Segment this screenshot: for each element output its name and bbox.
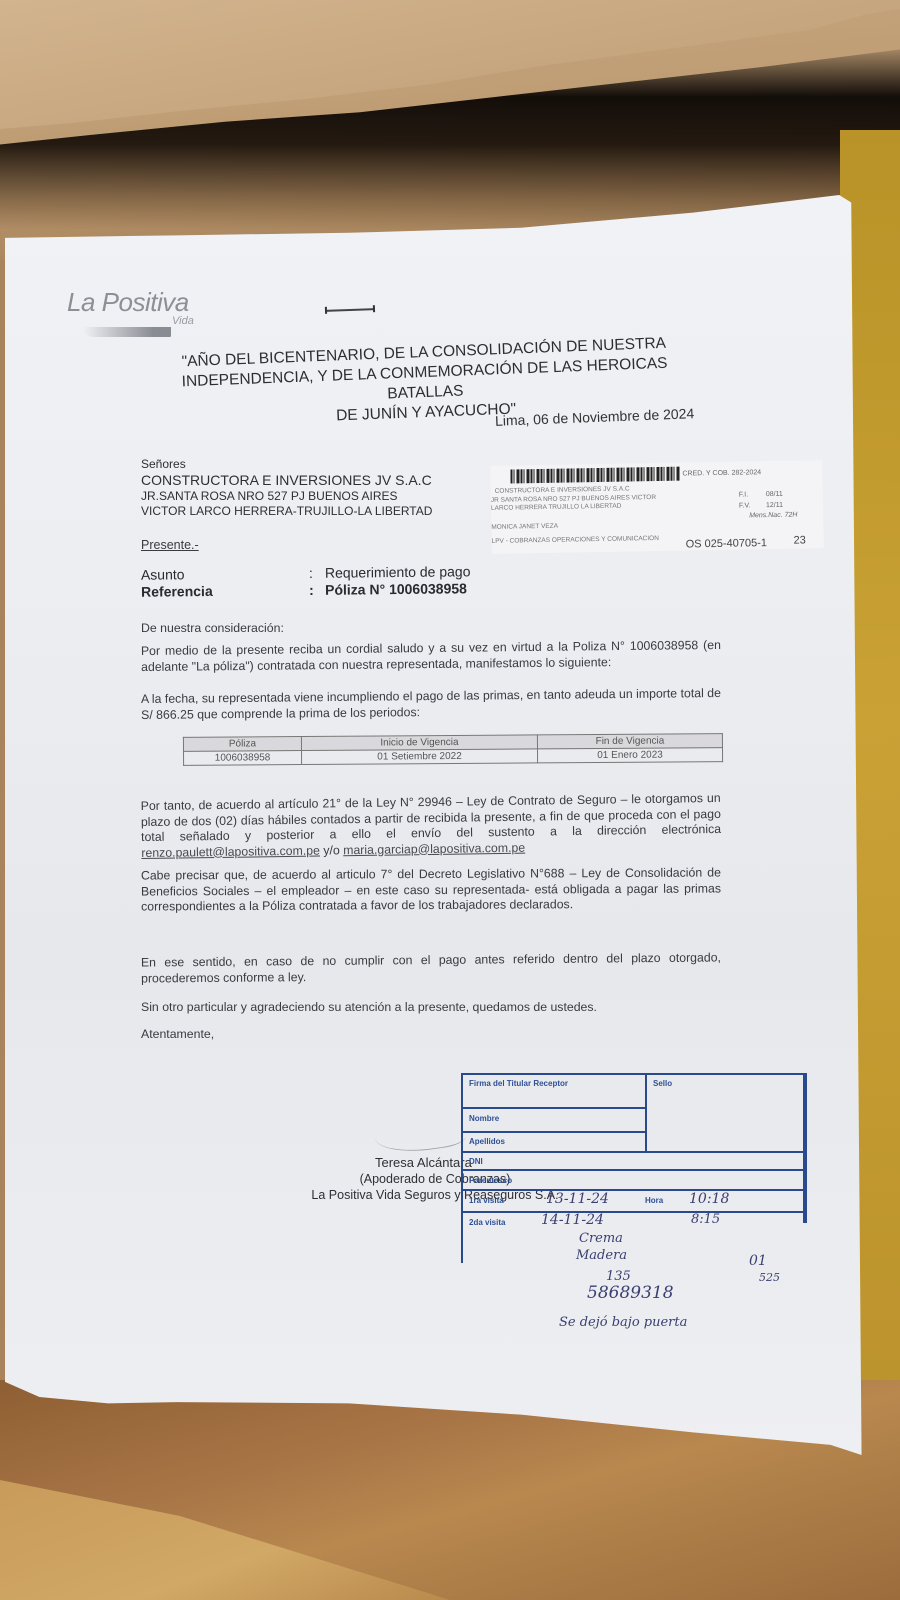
recipient-address-line: JR.SANTA ROSA NRO 527 PJ BUENOS AIRES — [141, 489, 432, 504]
stamp-border — [645, 1073, 647, 1151]
sticker-company: CONSTRUCTORA E INVERSIONES JV S.A.C — [495, 485, 630, 494]
paragraph-intro: Por medio de la presente reciba un cordi… — [141, 638, 721, 675]
handwritten-note: Se dejó bajo puerta — [559, 1315, 687, 1330]
table-header: Fin de Vigencia — [537, 734, 722, 749]
paragraph-consequence: En ese sentido, en caso de no cumplir co… — [141, 950, 721, 986]
handwritten-visit2-date: 14-11-24 — [541, 1212, 604, 1228]
sticker-mens: Mens.Nac. 72H — [749, 512, 797, 520]
table-header: Póliza — [183, 737, 301, 752]
logo-swoosh-icon — [83, 327, 171, 337]
stamp-label-parentesco: Parentesco — [469, 1176, 512, 1185]
paragraph-thanks: Sin otro particular y agradeciendo su at… — [141, 1000, 721, 1016]
policy-period-table: Póliza Inicio de Vigencia Fin de Vigenci… — [183, 733, 723, 766]
stamp-label-hora: Hora — [645, 1196, 663, 1205]
handwritten-number1: 135 — [606, 1269, 631, 1284]
stamp-label-firma: Firma del Titular Receptor — [469, 1079, 568, 1088]
sticker-address: LARCO HERRERA TRUJILLO LA LIBERTAD — [491, 503, 622, 512]
letter-sheet: La Positiva Vida "AÑO DEL BICENTENARIO, … — [5, 195, 865, 1455]
stamp-border — [461, 1107, 645, 1109]
sticker-cred: CRED. Y COB. 282-2024 — [682, 469, 761, 477]
handwritten-number2: 525 — [759, 1271, 780, 1284]
handwritten-visit1-time: 10:18 — [689, 1191, 729, 1207]
sticker-tracking-code: OS 025-40705-1 — [686, 537, 768, 550]
staple-mark-icon — [325, 308, 375, 312]
stamp-border — [461, 1211, 806, 1213]
table-cell-start: 01 Setiembre 2022 — [302, 749, 538, 765]
closing: Atentamente, — [141, 1027, 721, 1043]
sticker-address: JR SANTA ROSA NRO 527 PJ BUENOS AIRES VI… — [491, 494, 656, 504]
logo-brand: La Positiva — [67, 287, 217, 318]
stamp-border — [461, 1169, 806, 1171]
stamp-label-apellidos: Apellidos — [469, 1137, 505, 1146]
handwritten-material: Madera — [576, 1248, 627, 1263]
deadline-text: Por tanto, de acuerdo al artículo 21° de… — [141, 791, 722, 844]
presente-label: Presente.- — [141, 538, 199, 552]
salutation: Señores — [141, 457, 432, 472]
handwritten-color: Crema — [579, 1231, 623, 1246]
stamp-border — [803, 1073, 807, 1223]
referencia-value: Póliza N° 1006038958 — [325, 580, 467, 598]
paragraph-deadline: Por tanto, de acuerdo al artículo 21° de… — [141, 791, 722, 861]
signature-icon — [373, 1115, 466, 1157]
asunto-value: Requerimiento de pago — [325, 563, 471, 582]
stamp-label-visit1: 1ra visita — [469, 1196, 504, 1205]
stamp-label-visit2: 2da visita — [469, 1218, 505, 1227]
greeting: De nuestra consideración: — [141, 621, 721, 637]
stamp-border — [461, 1073, 463, 1263]
paragraph-legal: Cabe precisar que, de acuerdo al articul… — [141, 865, 721, 915]
sticker-department: LPV - COBRANZAS OPERACIONES Y COMUNICACI… — [492, 535, 659, 545]
handwritten-visit1-date: 13-11-24 — [546, 1191, 609, 1207]
email-join: y/o — [320, 843, 343, 857]
stamp-label-nombre: Nombre — [469, 1114, 499, 1123]
recipient-block: Señores CONSTRUCTORA E INVERSIONES JV S.… — [141, 457, 432, 519]
sticker-fv-label: F.V. — [739, 502, 751, 509]
company-logo: La Positiva Vida — [67, 287, 217, 318]
asunto-label: Asunto — [141, 565, 309, 584]
barcode-icon — [510, 467, 680, 484]
table-cell-policy: 1006038958 — [184, 751, 302, 766]
sticker-fi-value: 08/11 — [766, 491, 783, 498]
handwritten-floors: 01 — [749, 1253, 767, 1269]
sticker-fi-label: F.I. — [739, 491, 748, 498]
table-cell-end: 01 Enero 2023 — [537, 748, 722, 763]
sticker-count: 23 — [794, 534, 806, 546]
stamp-border — [461, 1189, 806, 1191]
stamp-border — [461, 1131, 645, 1133]
referencia-label: Referencia — [141, 582, 309, 601]
stamp-label-dni: DNI — [469, 1157, 483, 1166]
paragraph-debt: A la fecha, su representada viene incump… — [141, 686, 721, 723]
handwritten-visit2-time: 8:15 — [691, 1212, 720, 1227]
sticker-contact: MONICA JANET VEZA — [491, 523, 558, 531]
stamp-border — [461, 1151, 806, 1153]
stamp-border — [461, 1073, 806, 1075]
handwritten-meter-number: 58689318 — [587, 1283, 674, 1303]
courier-label: CONSTRUCTORA E INVERSIONES JV S.A.C JR S… — [490, 460, 823, 554]
subject-block: Asunto : Requerimiento de pago Referenci… — [141, 563, 471, 600]
email-link-maria[interactable]: maria.garciap@lapositiva.com.pe — [343, 840, 525, 857]
recipient-address-line: VICTOR LARCO HERRERA-TRUJILLO-LA LIBERTA… — [141, 504, 432, 519]
stamp-label-sello: Sello — [653, 1079, 672, 1088]
table-row: 1006038958 01 Setiembre 2022 01 Enero 20… — [184, 748, 723, 766]
sticker-fv-value: 12/11 — [766, 502, 783, 509]
email-link-renzo[interactable]: renzo.paulett@lapositiva.com.pe — [141, 843, 320, 859]
delivery-stamp: Firma del Titular Receptor Sello Nombre … — [461, 1073, 811, 1273]
logo-sub: Vida — [172, 315, 194, 327]
separator: : — [309, 565, 325, 582]
recipient-company: CONSTRUCTORA E INVERSIONES JV S.A.C — [141, 472, 432, 489]
separator: : — [309, 582, 325, 599]
